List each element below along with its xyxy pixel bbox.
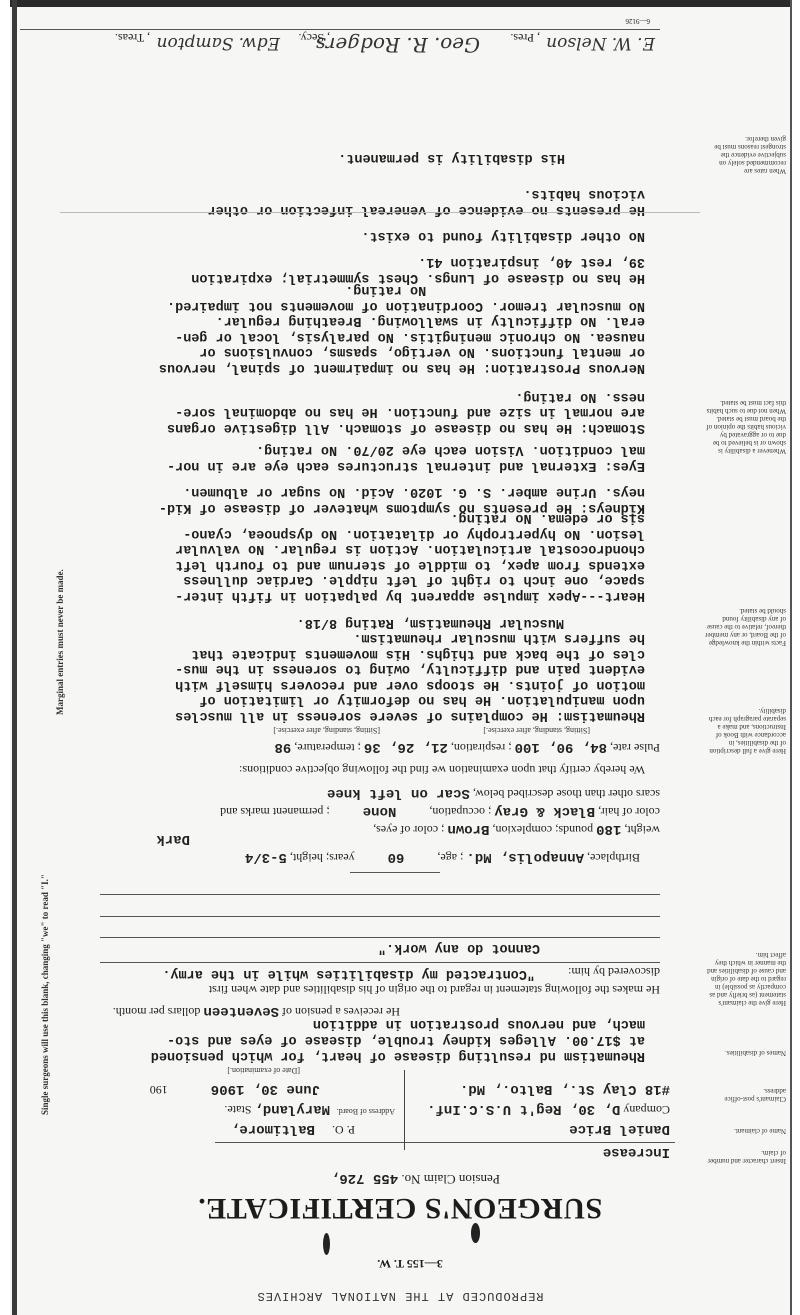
statement-rule-2: [100, 937, 660, 938]
scan-smudge: [323, 1233, 330, 1255]
treasurer-label: , Treas.: [115, 30, 150, 45]
pension-amount-field: He receives a pension of Seventeen dolla…: [113, 1003, 400, 1019]
header-divider: [404, 1070, 405, 1150]
secretary-signature: Geo. R. Rodgers: [316, 33, 480, 57]
statement-rule-1: [100, 962, 660, 963]
po-label: P. O.: [332, 1123, 355, 1137]
margin-note-subjective-evidence: When rates are recommended solely on sub…: [704, 135, 786, 175]
scan-margin-left: [792, 0, 800, 1315]
margin-note-single-surgeons: Single surgeons will use this blank, cha…: [40, 874, 50, 1115]
company-value: D, 30, Reg't U.S.C.Inf.: [427, 1101, 620, 1117]
statement-rule-3: [100, 916, 660, 917]
finding-eyes: Eyes: External and internal structures e…: [125, 442, 645, 473]
state-label: State.: [224, 1103, 251, 1117]
margin-note-disabilities: Names of disabilities.: [704, 1049, 786, 1057]
claim-type-value: Increase: [603, 1144, 670, 1160]
address-value: #18 Clay St., Balto., Md.: [460, 1081, 670, 1097]
pension-claim-value: 455 726,: [331, 1170, 398, 1186]
finding-lungs: He has no disease of Lungs. Chest symmet…: [125, 254, 645, 285]
claim-type-rule: [215, 1142, 675, 1143]
finding-nervous-prostration: Nervous Prostration: He has no impairmen…: [125, 282, 645, 375]
po-value-field: Baltimore,: [231, 1121, 315, 1137]
pulse-value: 84, 90, 100: [515, 739, 607, 755]
margin-note-facts-knowledge: Facts within the knowledge of the Board,…: [704, 607, 786, 647]
margin-note-marginal-entries: Marginal entries must never be made.: [55, 569, 65, 715]
state-field: Maryland, State.: [224, 1101, 330, 1117]
eyes-value: Dark: [156, 831, 190, 847]
occupation-value: None: [363, 803, 397, 819]
height-value: 5-3/4: [245, 849, 287, 865]
respiration-note: [Sitting, standing, after exercise.]: [273, 724, 380, 739]
finding-other: No other disability found to exist.: [125, 228, 645, 244]
finding-stomach: Stomach: He has no disease of stomach. A…: [125, 389, 645, 436]
exam-date-field: June 30, 1906 190: [150, 1081, 320, 1097]
exam-date-value: June 30, 1906: [211, 1081, 320, 1097]
po-field: P. O.: [332, 1122, 355, 1137]
margin-note-claimant-name: Name of claimant.: [704, 1127, 786, 1135]
claimant-name-value: Daniel Brice: [569, 1121, 670, 1137]
respiration-value: 21, 26, 36: [364, 739, 448, 755]
statement-rule-4: [100, 894, 660, 895]
claim-type-field: Increase: [603, 1144, 670, 1160]
margin-note-statement: Here give the claimant's statement (as b…: [704, 951, 786, 1007]
treasurer-signature: Edw. Sampton: [157, 33, 280, 53]
company-field: Company D, 30, Reg't U.S.C.Inf.: [427, 1101, 670, 1117]
finding-kidneys: Kidneys: He presents no symptoms whateve…: [125, 484, 645, 515]
surgeons-certificate-page: REPRODUCED AT THE NATIONAL ARCHIVES 3—15…: [0, 0, 800, 1315]
archive-stamp: REPRODUCED AT THE NATIONAL ARCHIVES: [200, 1289, 600, 1303]
birthplace-value: Annapolis, Md.: [466, 849, 584, 865]
finding-rheumatism: Rheumatism: He complains of severe soren…: [125, 615, 645, 724]
finding-permanence: His disability is permanent.: [45, 150, 565, 166]
scan-edge-binding: [12, 0, 17, 1315]
eyes-value-row: Dark: [156, 831, 190, 847]
margin-note-full-description: Here give a full description of the disa…: [704, 707, 786, 755]
weight-value: 180: [596, 821, 621, 837]
finding-heart: Heart---Apex impulse apparent by palpati…: [125, 510, 645, 603]
scan-margin-right: [0, 0, 10, 1315]
complexion-value: Brown: [447, 821, 489, 837]
pension-claim-number: Pension Claim No. 455 726,: [140, 1170, 500, 1187]
birthplace-row: Birthplace, Annapolis, Md. ; age, 60 yea…: [245, 849, 640, 865]
disabilities-line-1: Rheumatism nd resulting disease of heart…: [125, 1048, 645, 1064]
page-title: SURGEON'S CERTIFICATE.: [120, 1191, 680, 1225]
pulse-note: [Sitting, standing, after exercise.]: [483, 724, 590, 739]
fold-line: [60, 212, 700, 213]
claimant-name-field: Daniel Brice: [569, 1121, 670, 1137]
print-code: 6—9126: [626, 17, 651, 25]
temperature-value: 98: [274, 739, 291, 755]
scan-smudge: [471, 1223, 480, 1243]
scars-row: scars other than those described below, …: [327, 785, 660, 801]
statement-intro: He makes the following statement in rega…: [209, 982, 660, 997]
state-value: Maryland,: [254, 1101, 330, 1117]
weight-row: weight, 180 pounds; complexion, Brown ; …: [373, 821, 660, 837]
hair-row: color of hair, Black & Gray ; occupation…: [220, 803, 660, 819]
pension-amount-value: Seventeen: [203, 1003, 279, 1019]
scan-edge-top: [0, 0, 800, 7]
pension-claim-label: Pension Claim No.: [401, 1172, 500, 1187]
statement-discovered-label: discovered by him:: [568, 964, 660, 979]
board-address-label: Address of Board.: [337, 1105, 395, 1120]
year-suffix: 190: [150, 1083, 168, 1097]
disabilities-line-2: at $17.00. Alleges kidney trouble, disea…: [125, 1032, 645, 1048]
statement-rule-5: [350, 872, 440, 873]
age-value: 60: [388, 849, 405, 865]
certify-statement: We hereby certify that upon examination …: [239, 762, 645, 777]
scars-value: Scar on left knee: [327, 785, 470, 801]
hair-value: Black & Gray: [494, 803, 595, 819]
president-label: , Pres.: [510, 30, 540, 45]
exam-date-label: [Date of examination.]: [227, 1064, 300, 1079]
po-value: Baltimore,: [231, 1121, 315, 1137]
address-field: #18 Clay St., Balto., Md.: [460, 1081, 670, 1097]
scan-edge-line: [790, 0, 792, 1315]
company-label: Company: [623, 1103, 670, 1117]
statement-line-2: Cannot do any work.": [120, 940, 540, 956]
vitals-row: Pulse rate, 84, 90, 100 ; respiration, 2…: [274, 739, 660, 755]
secretary-label: , Secy.: [298, 30, 330, 45]
margin-note-claim-character: Insert character and number of claim.: [704, 1149, 786, 1165]
margin-note-vicious-habits: Whenever a disability is shown or is bel…: [704, 399, 786, 455]
margin-note-post-office: Claimant's post-office address.: [704, 1087, 786, 1103]
president-signature: E. W. Nelson: [546, 33, 655, 53]
statement-line-1: "Contracted my disabilities while in the…: [115, 966, 535, 982]
form-number: 3—155 T. W.: [210, 1256, 610, 1271]
